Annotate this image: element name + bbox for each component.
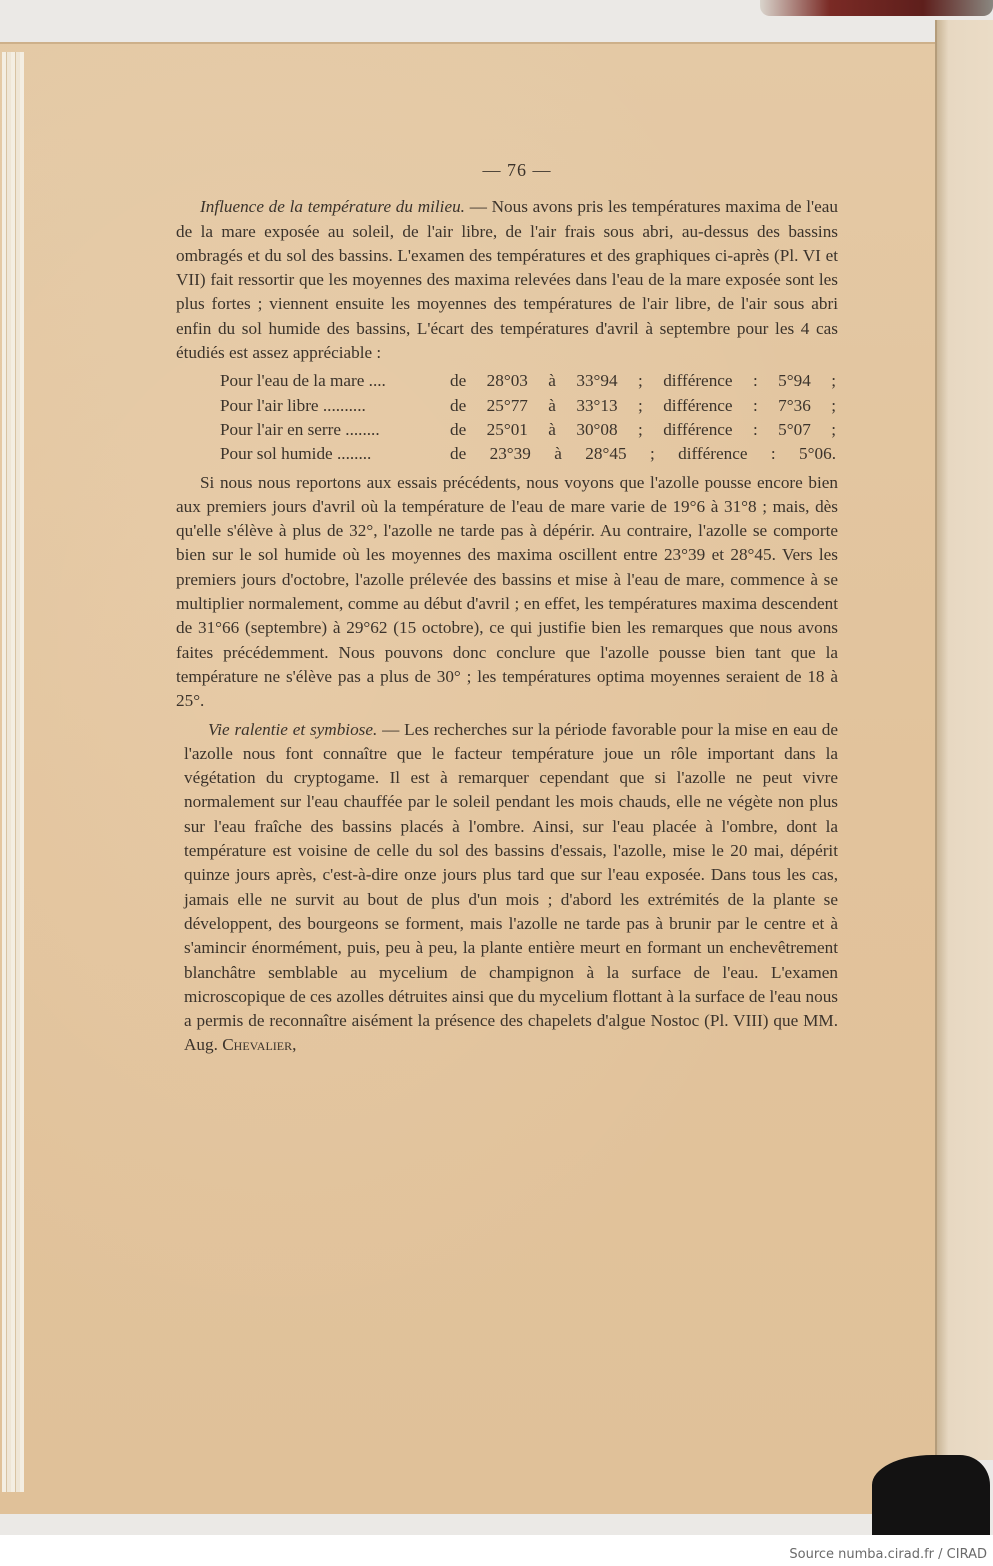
table-row: Pour sol humide ........ de 23°39 à 28°4… [176,442,838,466]
page-content: — 76 — Influence de la température du mi… [176,158,838,1058]
binding-corner [872,1455,990,1535]
temperature-range-table: Pour l'eau de la mare .... de 28°03 à 33… [176,369,838,466]
row-label: Pour l'air libre .......... [176,394,450,418]
table-row: Pour l'eau de la mare .... de 28°03 à 33… [176,369,838,393]
table-row: Pour l'air libre .......... de 25°77 à 3… [176,394,838,418]
table-row: Pour l'air en serre ........ de 25°01 à … [176,418,838,442]
book-cover-edge [760,0,993,16]
row-values: de 28°03 à 33°94 ; différence : 5°94 ; [450,369,838,393]
author-name: Chevalier, [222,1035,296,1054]
row-values: de 25°01 à 30°08 ; différence : 5°07 ; [450,418,838,442]
section-heading-symbiosis: Vie ralentie et symbiose. [208,720,377,739]
paragraph-text: — Nous avons pris les températures maxim… [176,197,838,362]
facing-page-edge [935,20,993,1460]
row-values: de 25°77 à 33°13 ; différence : 7°36 ; [450,394,838,418]
paragraph-slow-life-symbiosis: Vie ralentie et symbiose. — Les recherch… [176,718,838,1058]
row-label: Pour l'eau de la mare .... [176,369,450,393]
paragraph-text: — Les recherches sur la période favorabl… [184,720,838,1055]
row-label: Pour sol humide ........ [176,442,450,466]
source-credit: Source numba.cirad.fr / CIRAD [789,1547,987,1562]
paragraph-temperature-influence: Influence de la température du milieu. —… [176,195,838,365]
row-values: de 23°39 à 28°45 ; différence : 5°06. [450,442,838,466]
page-number: — 76 — [176,158,838,182]
paragraph-previous-trials: Si nous nous reportons aux essais précéd… [176,471,838,714]
section-heading-temperature: Influence de la température du milieu. [200,197,465,216]
row-label: Pour l'air en serre ........ [176,418,450,442]
page-stack-edges [2,52,24,1492]
